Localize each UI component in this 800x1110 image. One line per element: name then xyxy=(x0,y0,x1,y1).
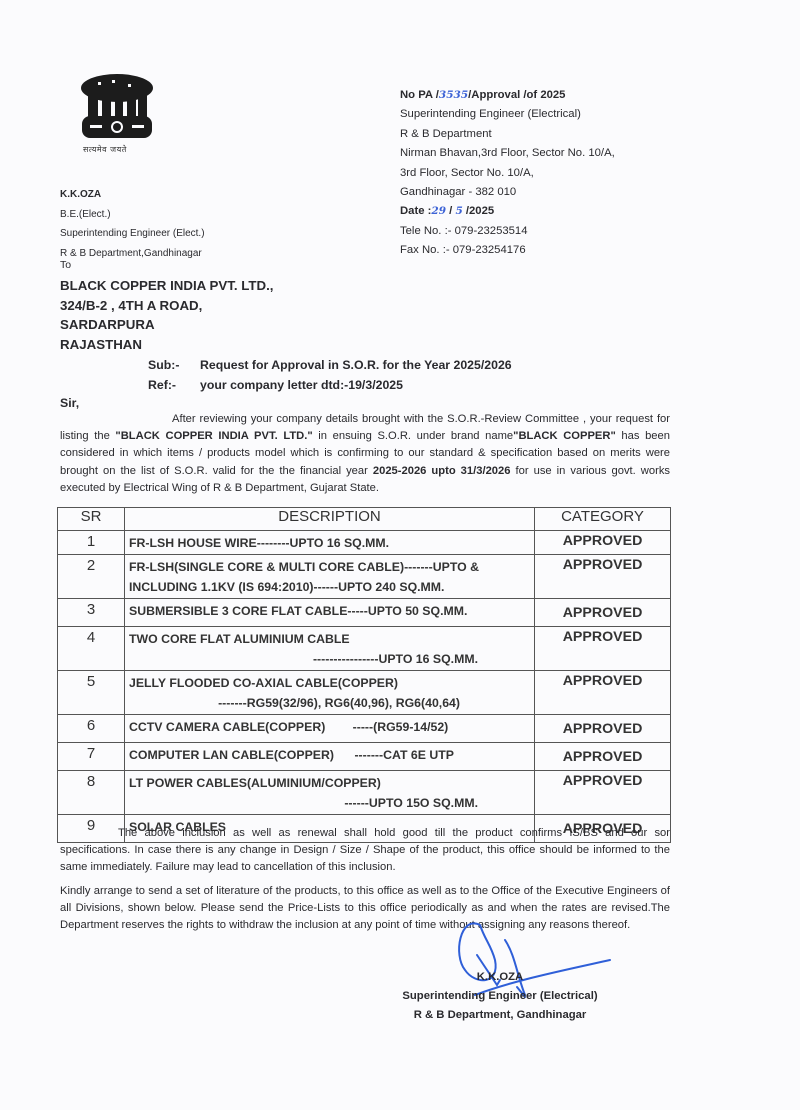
description-line1: CCTV CAMERA CABLE(COPPER) -----(RG59-14/… xyxy=(129,720,448,734)
signatory-designation: Superintending Engineer (Electrical) xyxy=(400,987,600,1006)
signature-block: K.K.OZA Superintending Engineer (Electri… xyxy=(400,968,600,1025)
cell-sr: 7 xyxy=(58,743,125,771)
cell-description: JELLY FLOODED CO-AXIAL CABLE(COPPER)----… xyxy=(125,671,535,715)
tele-number: Tele No. :- 079-23253514 xyxy=(400,222,615,241)
table-row: 7COMPUTER LAN CABLE(COPPER) -------CAT 6… xyxy=(58,743,671,771)
date-month: 5 xyxy=(455,205,462,217)
description-line1: LT POWER CABLES(ALUMINIUM/COPPER) xyxy=(129,776,381,790)
cell-sr: 8 xyxy=(58,771,125,815)
description-line2: INCLUDING 1.1KV (IS 694:2010)------UPTO … xyxy=(129,577,530,597)
salutation: Sir, xyxy=(60,396,79,410)
header-sr: SR xyxy=(58,508,125,531)
table-row: 6CCTV CAMERA CABLE(COPPER) -----(RG59-14… xyxy=(58,715,671,743)
ref-line: Ref:-your company letter dtd:-19/3/2025 xyxy=(148,376,512,396)
header-category: CATEGORY xyxy=(535,508,671,531)
body-paragraph-3: Kindly arrange to send a set of literatu… xyxy=(60,883,670,935)
reference-block: No PA /3535/Approval /of 2025 Superinten… xyxy=(400,86,615,261)
office-address-line3: Gandhinagar - 382 010 xyxy=(400,183,615,202)
recipient-line: SARDARPURA xyxy=(60,315,274,335)
table-row: 3SUBMERSIBLE 3 CORE FLAT CABLE-----UPTO … xyxy=(58,599,671,627)
cell-sr: 5 xyxy=(58,671,125,715)
office-department: R & B Department xyxy=(400,125,615,144)
letter-number-handwritten: 3535 xyxy=(439,89,468,101)
office-address-line1: Nirman Bhavan,3rd Floor, Sector No. 10/A… xyxy=(400,144,615,163)
cell-description: LT POWER CABLES(ALUMINIUM/COPPER)------U… xyxy=(125,771,535,815)
cell-sr: 1 xyxy=(58,531,125,555)
cell-sr: 2 xyxy=(58,555,125,599)
recipient-line: RAJASTHAN xyxy=(60,335,274,355)
to-label: To xyxy=(60,259,71,271)
cell-category: APPROVED xyxy=(535,715,671,743)
sender-designation: Superintending Engineer (Elect.) xyxy=(60,224,205,244)
header-description: DESCRIPTION xyxy=(125,508,535,531)
subject-reference: Sub:-Request for Approval in S.O.R. for … xyxy=(148,356,512,395)
subject-line: Sub:-Request for Approval in S.O.R. for … xyxy=(148,356,512,376)
validity-bold: 2025-2026 upto 31/3/2026 xyxy=(373,465,511,477)
sender-name: K.K.OZA xyxy=(60,185,205,205)
body-paragraph-2: The above inclusion as well as renewal s… xyxy=(60,825,670,877)
cell-sr: 6 xyxy=(58,715,125,743)
table-header-row: SR DESCRIPTION CATEGORY xyxy=(58,508,671,531)
description-line1: FR-LSH HOUSE WIRE--------UPTO 16 SQ.MM. xyxy=(129,536,389,550)
recipient-line: 324/B-2 , 4TH A ROAD, xyxy=(60,296,274,316)
table-row: 5JELLY FLOODED CO-AXIAL CABLE(COPPER)---… xyxy=(58,671,671,715)
table-row: 8LT POWER CABLES(ALUMINIUM/COPPER)------… xyxy=(58,771,671,815)
cell-description: SUBMERSIBLE 3 CORE FLAT CABLE-----UPTO 5… xyxy=(125,599,535,627)
cell-category: APPROVED xyxy=(535,599,671,627)
cell-description: COMPUTER LAN CABLE(COPPER) -------CAT 6E… xyxy=(125,743,535,771)
cell-category: APPROVED xyxy=(535,627,671,671)
cell-description: FR-LSH(SINGLE CORE & MULTI CORE CABLE)--… xyxy=(125,555,535,599)
sender-block: K.K.OZA B.E.(Elect.) Superintending Engi… xyxy=(60,185,205,263)
letter-date: Date :29 / 5 /2025 xyxy=(400,202,615,221)
description-line1: TWO CORE FLAT ALUMINIUM CABLE xyxy=(129,632,350,646)
description-line1: FR-LSH(SINGLE CORE & MULTI CORE CABLE)--… xyxy=(129,560,479,574)
office-address-line2: 3rd Floor, Sector No. 10/A, xyxy=(400,164,615,183)
subject-label: Sub:- xyxy=(148,356,200,376)
ref-text: your company letter dtd:-19/3/2025 xyxy=(200,378,403,392)
description-line2: ------UPTO 15O SQ.MM. xyxy=(129,793,530,813)
signatory-name: K.K.OZA xyxy=(400,968,600,987)
date-label: Date : xyxy=(400,205,431,217)
recipient-line: BLACK COPPER INDIA PVT. LTD., xyxy=(60,276,274,296)
state-emblem-icon xyxy=(68,72,166,154)
cell-category: APPROVED xyxy=(535,555,671,599)
cell-description: TWO CORE FLAT ALUMINIUM CABLE-----------… xyxy=(125,627,535,671)
table-row: 2FR-LSH(SINGLE CORE & MULTI CORE CABLE)-… xyxy=(58,555,671,599)
cell-category: APPROVED xyxy=(535,671,671,715)
subject-text: Request for Approval in S.O.R. for the Y… xyxy=(200,358,512,372)
sender-department: R & B Department,Gandhinagar xyxy=(60,244,205,264)
description-line2: ----------------UPTO 16 SQ.MM. xyxy=(129,649,530,669)
description-line1: COMPUTER LAN CABLE(COPPER) -------CAT 6E… xyxy=(129,748,454,762)
table-row: 1FR-LSH HOUSE WIRE--------UPTO 16 SQ.MM.… xyxy=(58,531,671,555)
fax-number: Fax No. :- 079-23254176 xyxy=(400,241,615,260)
date-day: 29 xyxy=(431,205,446,217)
emblem-motto: सत्यमेव जयते xyxy=(83,144,127,155)
cell-category: APPROVED xyxy=(535,771,671,815)
signatory-department: R & B Department, Gandhinagar xyxy=(400,1006,600,1025)
company-name-bold: "BLACK COPPER INDIA PVT. LTD." xyxy=(115,430,312,442)
cell-category: APPROVED xyxy=(535,531,671,555)
sender-qualification: B.E.(Elect.) xyxy=(60,205,205,225)
brand-name-bold: "BLACK COPPER" xyxy=(513,430,616,442)
ref-label: Ref:- xyxy=(148,376,200,396)
letter-number-suffix: /Approval /of 2025 xyxy=(468,89,565,101)
description-line1: SUBMERSIBLE 3 CORE FLAT CABLE-----UPTO 5… xyxy=(129,604,467,618)
cell-sr: 3 xyxy=(58,599,125,627)
cell-description: CCTV CAMERA CABLE(COPPER) -----(RG59-14/… xyxy=(125,715,535,743)
table-row: 4TWO CORE FLAT ALUMINIUM CABLE----------… xyxy=(58,627,671,671)
date-year: /2025 xyxy=(463,205,494,217)
body-paragraph-1: After reviewing your company details bro… xyxy=(60,411,670,497)
letter-number: No PA /3535/Approval /of 2025 xyxy=(400,86,615,105)
cell-description: FR-LSH HOUSE WIRE--------UPTO 16 SQ.MM. xyxy=(125,531,535,555)
cell-category: APPROVED xyxy=(535,743,671,771)
description-line1: JELLY FLOODED CO-AXIAL CABLE(COPPER) xyxy=(129,676,398,690)
recipient-address: BLACK COPPER INDIA PVT. LTD., 324/B-2 , … xyxy=(60,276,274,354)
cell-sr: 4 xyxy=(58,627,125,671)
office-title: Superintending Engineer (Electrical) xyxy=(400,105,615,124)
description-line2: -------RG59(32/96), RG6(40,96), RG6(40,6… xyxy=(129,693,530,713)
letter-number-prefix: No PA / xyxy=(400,89,439,101)
para1-text: in ensuing S.O.R. under brand name xyxy=(313,430,513,442)
approved-items-table: SR DESCRIPTION CATEGORY 1FR-LSH HOUSE WI… xyxy=(57,507,671,843)
